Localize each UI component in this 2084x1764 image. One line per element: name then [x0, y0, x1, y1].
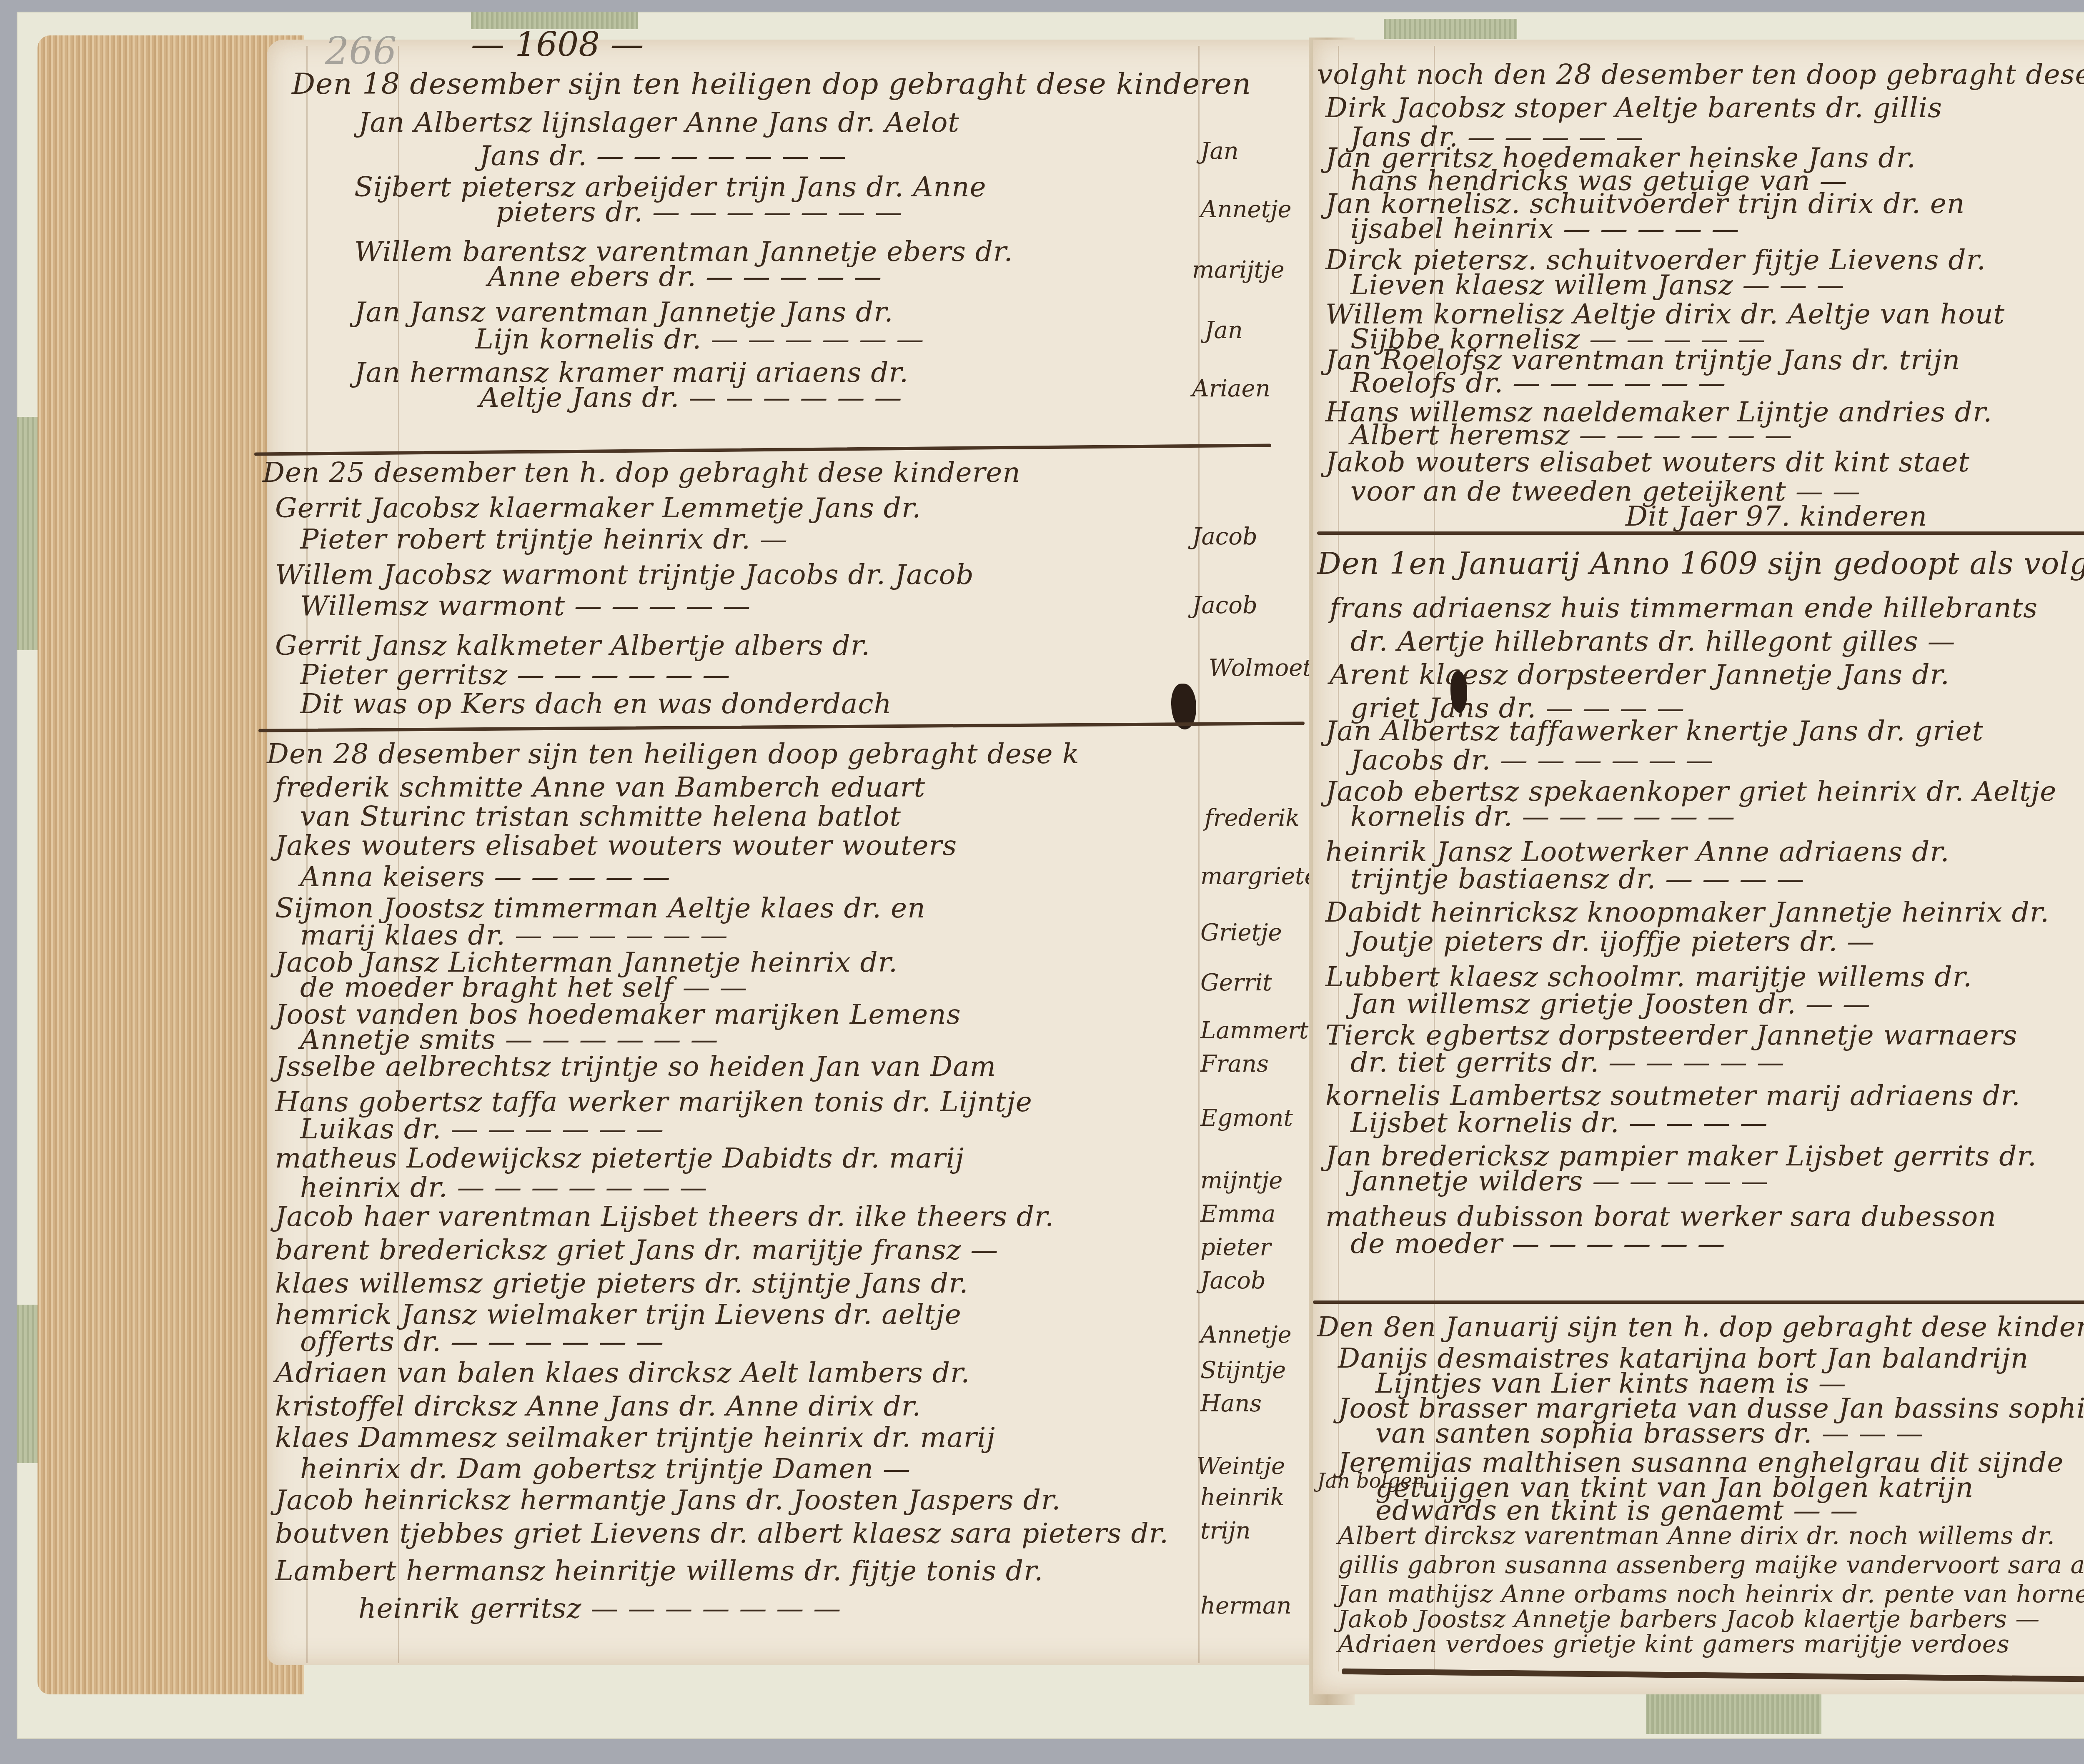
margin-name: Annetje [1200, 1321, 1292, 1348]
margin-name: Egmont [1200, 1105, 1293, 1132]
cloth-binding-top-right [1384, 19, 1517, 39]
margin-name: Hans [1200, 1390, 1262, 1417]
entry-line: Jakob wouters elisabet wouters dit kint … [1325, 446, 1970, 478]
entry-line: Adriaen van balen klaes dircksz Aelt lam… [275, 1357, 970, 1389]
entry-line: van Sturinc tristan schmitte helena batl… [300, 800, 901, 832]
entry-line: Dirk Jacobsz stoper Aeltje barents dr. g… [1325, 92, 1942, 124]
cloth-binding-left [17, 417, 38, 650]
entry-line: Jans dr. — — — — — — — [479, 140, 847, 172]
entry-line: kristoffel dircksz Anne Jans dr. Anne di… [275, 1390, 921, 1422]
entry-line: Lijn kornelis dr. — — — — — — [475, 323, 924, 355]
entry-line: Jan mathijsz Anne orbams noch heinrix dr… [1338, 1580, 2084, 1608]
entry-line: frederik schmitte Anne van Bamberch edua… [275, 771, 925, 803]
margin-name: Jan [1205, 317, 1243, 344]
margin-rule [1198, 46, 1200, 1663]
entry-line: Jakes wouters elisabet wouters wouter wo… [275, 829, 957, 862]
section-heading: Den 8en Januarij sijn ten h. dop gebragh… [1317, 1311, 2084, 1343]
entry-line: offerts dr. — — — — — — [300, 1326, 664, 1358]
margin-name: Jacob [1200, 1267, 1266, 1294]
entry-line: klaes willemsz grietje pieters dr. stijn… [275, 1267, 969, 1299]
section-divider [1313, 1300, 2084, 1304]
section-divider [1317, 531, 2084, 535]
entry-line: heinrix dr. Dam gobertsz trijntje Damen … [300, 1453, 911, 1485]
ink-blot [1450, 671, 1467, 713]
entry-line: gillis gabron susanna assenberg maijke v… [1338, 1551, 2084, 1579]
margin-name: Wolmoet [1209, 654, 1312, 682]
entry-line: Jacob haer varentman Lijsbet theers dr. … [275, 1200, 1054, 1233]
entry-line: dr. tiet gerrits dr. — — — — — [1350, 1046, 1785, 1078]
entry-line: barent bredericksz griet Jans dr. marijt… [275, 1234, 998, 1266]
entry-line: de moeder — — — — — — [1350, 1228, 1725, 1260]
entry-line: Jan willemsz grietje Joosten dr. — — [1350, 988, 1871, 1020]
entry-line: Gerrit Jacobsz klaermaker Lemmetje Jans … [275, 492, 921, 524]
margin-name: Jan [1200, 138, 1239, 165]
margin-name: Lammert [1200, 1017, 1308, 1044]
entry-line: Anne ebers dr. — — — — — [488, 261, 882, 293]
margin-name: mijntje [1200, 1167, 1282, 1194]
entry-line: Pieter gerritsz — — — — — — [300, 659, 730, 691]
margin-name: Frans [1200, 1050, 1269, 1077]
entry-line: heinrik gerritsz — — — — — — — [358, 1592, 841, 1624]
margin-name: Annetje [1200, 196, 1292, 223]
entry-line: Adriaen verdoes grietje kint gamers mari… [1338, 1630, 2010, 1658]
year-total: Dit Jaer 97. kinderen [1626, 500, 1927, 532]
entry-line: Anna keisers — — — — — [300, 861, 670, 893]
section-heading: Den 1en Januarij Anno 1609 sijn gedoopt … [1317, 546, 2084, 581]
entry-line: Joutje pieters dr. ijoffje pieters dr. — [1350, 925, 1875, 957]
entry-line: Jakob Joostsz Annetje barbers Jacob klae… [1338, 1605, 2040, 1633]
margin-name: Stijntje [1200, 1357, 1286, 1384]
entry-line: Pieter robert trijntje heinrix dr. — [300, 523, 788, 555]
section-heading: volght noch den 28 desember ten doop geb… [1317, 58, 2084, 90]
entry-line: pieters dr. — — — — — — — [496, 196, 903, 228]
margin-name: pieter [1200, 1234, 1271, 1261]
section-heading: Den 18 desember sijn ten heiligen dop ge… [292, 67, 1251, 101]
entry-line: Albert dircksz varentman Anne dirix dr. … [1338, 1521, 2055, 1550]
entry-line: Arent klaesz dorpsteerder Jannetje Jans … [1330, 659, 1950, 691]
entry-line: kornelis dr. — — — — — — [1350, 800, 1735, 832]
entry-line: Willemsz warmont — — — — — [300, 590, 751, 622]
entry-line: ijsabel heinrix — — — — — [1350, 213, 1739, 245]
margin-name: Grietje [1200, 919, 1282, 946]
margin-name: heinrik [1200, 1484, 1285, 1511]
entry-line: Lijsbet kornelis dr. — — — — [1350, 1107, 1768, 1139]
margin-name: Ariaen [1192, 375, 1270, 402]
section-heading: Den 28 desember sijn ten heiligen doop g… [267, 738, 1080, 770]
entry-line: Lambert hermansz heinritje willems dr. f… [275, 1555, 1043, 1587]
cloth-binding-bottom [1646, 1688, 1821, 1734]
margin-name: frederik [1205, 804, 1300, 832]
margin-name: herman [1200, 1592, 1292, 1619]
year-heading: — 1608 — [471, 25, 644, 64]
entry-line: Jan Albertsz taffawerker knertje Jans dr… [1325, 715, 1984, 747]
entry-line: Jsselbe aelbrechtsz trijntje so heiden J… [275, 1050, 996, 1082]
margin-name: Gerrit [1200, 969, 1272, 996]
entry-line: matheus Lodewijcksz pietertje Dabidts dr… [275, 1142, 964, 1174]
margin-name: trijn [1200, 1517, 1251, 1544]
entry-line: boutven tjebbes griet Lievens dr. albert… [275, 1517, 1169, 1549]
margin-name: margriete [1200, 863, 1318, 890]
margin-name: Weintje [1196, 1453, 1285, 1480]
entry-line: dr. Aertje hillebrants dr. hillegont gil… [1350, 625, 1956, 657]
entry-line: Luikas dr. — — — — — — [300, 1113, 664, 1145]
entry-line: Jannetje wilders — — — — — [1350, 1165, 1768, 1197]
entry-line: Jan Albertsz lijnslager Anne Jans dr. Ae… [358, 106, 959, 138]
entry-line: trijntje bastiaensz dr. — — — — [1350, 863, 1804, 895]
entry-line: Jacobs dr. — — — — — — [1350, 744, 1713, 776]
section-heading: Den 25 desember ten h. dop gebraght dese… [263, 456, 1021, 489]
entry-line: Dit was op Kers dach en was donderdach [300, 688, 892, 720]
entry-line: Willem Jacobsz warmont trijntje Jacobs d… [275, 559, 974, 591]
entry-line: Roelofs dr. — — — — — — [1350, 367, 1726, 399]
entry-line: Aeltje Jans dr. — — — — — — [479, 381, 902, 413]
entry-line: klaes Dammesz seilmaker trijntje heinrix… [275, 1421, 995, 1453]
cloth-binding-left-lower [17, 1305, 38, 1463]
margin-name: Jacob [1192, 592, 1257, 619]
margin-name: Emma [1200, 1200, 1275, 1228]
entry-line: Gerrit Jansz kalkmeter Albertje albers d… [275, 629, 870, 661]
entry-line: Lieven klaesz willem Jansz — — — [1350, 269, 1844, 301]
entry-line: Jacob heinricksz hermantje Jans dr. Joos… [275, 1484, 1061, 1516]
margin-name: Jacob [1192, 523, 1257, 550]
entry-line: van santen sophia brassers dr. — — — [1375, 1417, 1924, 1449]
margin-name: marijtje [1192, 256, 1285, 283]
entry-line: Dabidt heinricksz knoopmaker Jannetje he… [1325, 896, 2049, 928]
page-edges-left [38, 35, 304, 1694]
entry-line: heinrix dr. — — — — — — — [300, 1171, 707, 1203]
entry-line: frans adriaensz huis timmerman ende hill… [1330, 592, 2038, 624]
